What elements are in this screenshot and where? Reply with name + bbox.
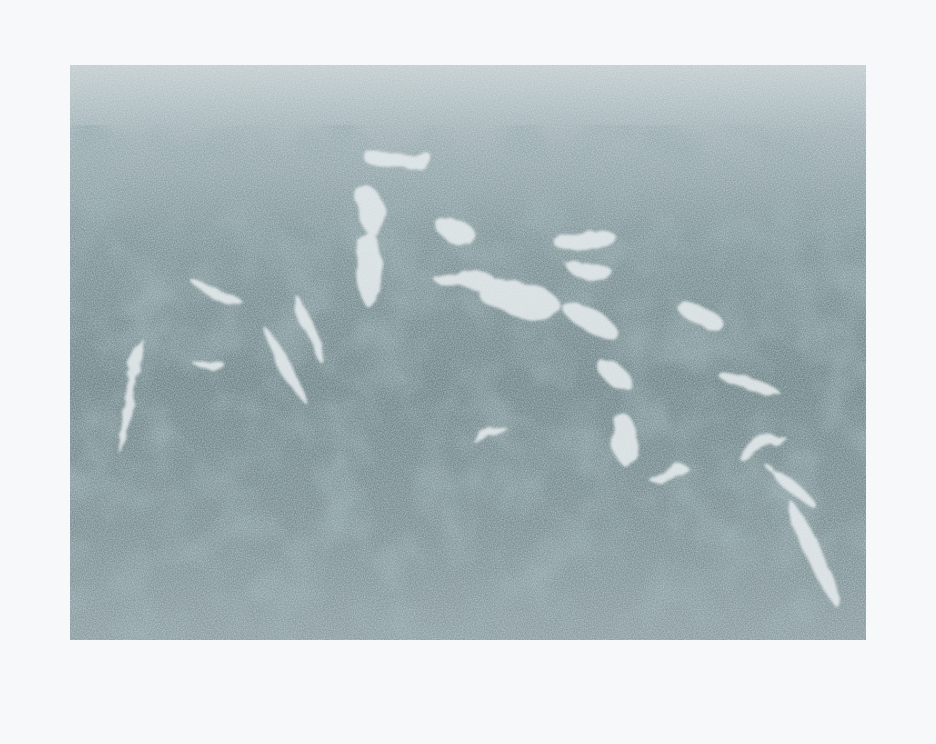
photo-texture [70,65,866,640]
scanned-page [0,0,936,744]
vegetation-photo [70,65,866,640]
